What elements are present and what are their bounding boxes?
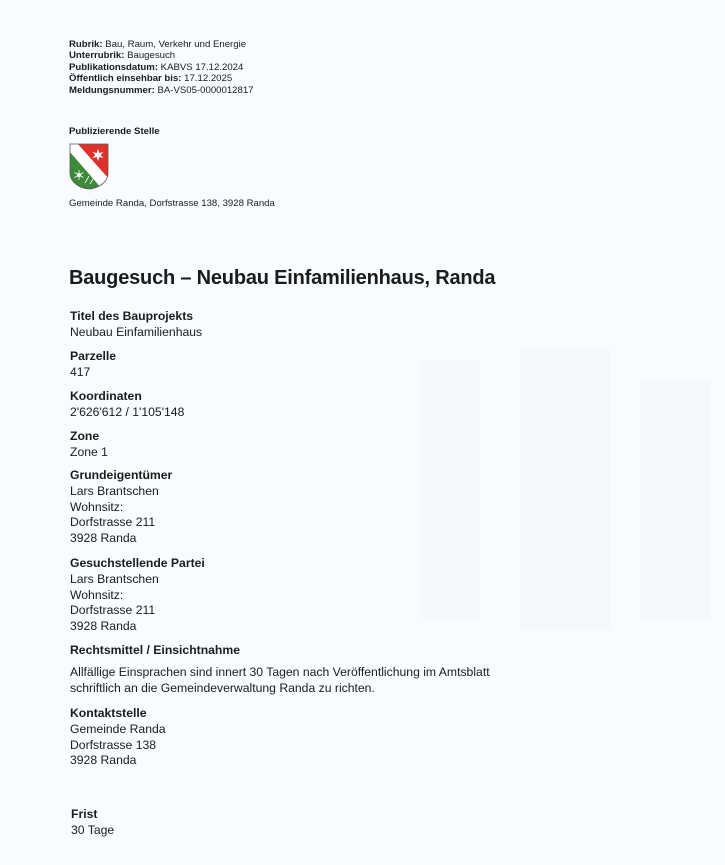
- publisher-label: Publizierende Stelle: [69, 126, 160, 137]
- field-value-titel: Neubau Einfamilienhaus: [70, 325, 202, 341]
- coat-of-arms-icon: [69, 143, 109, 190]
- rechtsmittel-line-2: schriftlich an die Gemeindeverwaltung Ra…: [70, 681, 590, 697]
- field-value-kontaktstelle: Gemeinde Randa Dorfstrasse 138 3928 Rand…: [70, 722, 166, 769]
- field-value-koordinaten: 2'626'612 / 1'105'148: [70, 405, 184, 421]
- field-value-parzelle: 417: [70, 365, 90, 381]
- meta-unterrubrik: Unterrubrik: Baugesuch: [69, 50, 254, 61]
- field-label-koordinaten: Koordinaten: [70, 389, 142, 405]
- grundeigentuemer-city: 3928 Randa: [70, 531, 159, 547]
- kontaktstelle-city: 3928 Randa: [70, 753, 166, 769]
- gesuchstellende-wohnsitz-label: Wohnsitz:: [70, 588, 159, 604]
- meta-rubrik: Rubrik: Bau, Raum, Verkehr und Energie: [69, 39, 254, 50]
- meta-rubrik-value: Bau, Raum, Verkehr und Energie: [103, 39, 246, 50]
- document-page: Rubrik: Bau, Raum, Verkehr und Energie U…: [0, 0, 725, 865]
- field-value-rechtsmittel: Allfällige Einsprachen sind innert 30 Ta…: [70, 665, 590, 696]
- publisher-address: Gemeinde Randa, Dorfstrasse 138, 3928 Ra…: [69, 198, 275, 209]
- meta-rubrik-label: Rubrik:: [69, 39, 103, 50]
- field-value-frist: 30 Tage: [71, 823, 114, 839]
- gesuchstellende-street: Dorfstrasse 211: [70, 603, 159, 619]
- gesuchstellende-name: Lars Brantschen: [70, 572, 159, 588]
- scan-artifact: [640, 380, 710, 620]
- grundeigentuemer-wohnsitz-label: Wohnsitz:: [70, 500, 159, 516]
- field-label-parzelle: Parzelle: [70, 349, 116, 365]
- gesuchstellende-city: 3928 Randa: [70, 619, 159, 635]
- metadata-block: Rubrik: Bau, Raum, Verkehr und Energie U…: [69, 39, 254, 96]
- meta-einsehbar-label: Öffentlich einsehbar bis:: [69, 73, 181, 84]
- scan-artifact: [520, 350, 610, 630]
- meta-unterrubrik-value: Baugesuch: [124, 50, 175, 61]
- meta-meldungsnummer: Meldungsnummer: BA-VS05-0000012817: [69, 85, 254, 96]
- meta-einsehbar: Öffentlich einsehbar bis: 17.12.2025: [69, 73, 254, 84]
- meta-einsehbar-value: 17.12.2025: [181, 73, 232, 84]
- meta-meldungsnummer-label: Meldungsnummer:: [69, 85, 155, 96]
- field-label-kontaktstelle: Kontaktstelle: [70, 706, 147, 722]
- meta-publikationsdatum: Publikationsdatum: KABVS 17.12.2024: [69, 62, 254, 73]
- field-label-frist: Frist: [71, 807, 97, 823]
- rechtsmittel-line-1: Allfällige Einsprachen sind innert 30 Ta…: [70, 665, 590, 681]
- kontaktstelle-name: Gemeinde Randa: [70, 722, 166, 738]
- field-label-grundeigentuemer: Grundeigentümer: [70, 468, 172, 484]
- scan-artifact: [420, 360, 480, 620]
- field-label-gesuchstellende: Gesuchstellende Partei: [70, 556, 205, 572]
- field-label-rechtsmittel: Rechtsmittel / Einsichtnahme: [70, 643, 240, 659]
- grundeigentuemer-name: Lars Brantschen: [70, 484, 159, 500]
- page-title: Baugesuch – Neubau Einfamilienhaus, Rand…: [69, 267, 495, 290]
- field-label-zone: Zone: [70, 429, 99, 445]
- field-value-zone: Zone 1: [70, 445, 108, 461]
- meta-publikationsdatum-value: KABVS 17.12.2024: [158, 62, 243, 73]
- meta-meldungsnummer-value: BA-VS05-0000012817: [155, 85, 254, 96]
- kontaktstelle-street: Dorfstrasse 138: [70, 738, 166, 754]
- grundeigentuemer-street: Dorfstrasse 211: [70, 515, 159, 531]
- field-value-grundeigentuemer: Lars Brantschen Wohnsitz: Dorfstrasse 21…: [70, 484, 159, 546]
- meta-unterrubrik-label: Unterrubrik:: [69, 50, 124, 61]
- meta-publikationsdatum-label: Publikationsdatum:: [69, 62, 158, 73]
- field-value-gesuchstellende: Lars Brantschen Wohnsitz: Dorfstrasse 21…: [70, 572, 159, 634]
- field-label-titel: Titel des Bauprojekts: [70, 309, 193, 325]
